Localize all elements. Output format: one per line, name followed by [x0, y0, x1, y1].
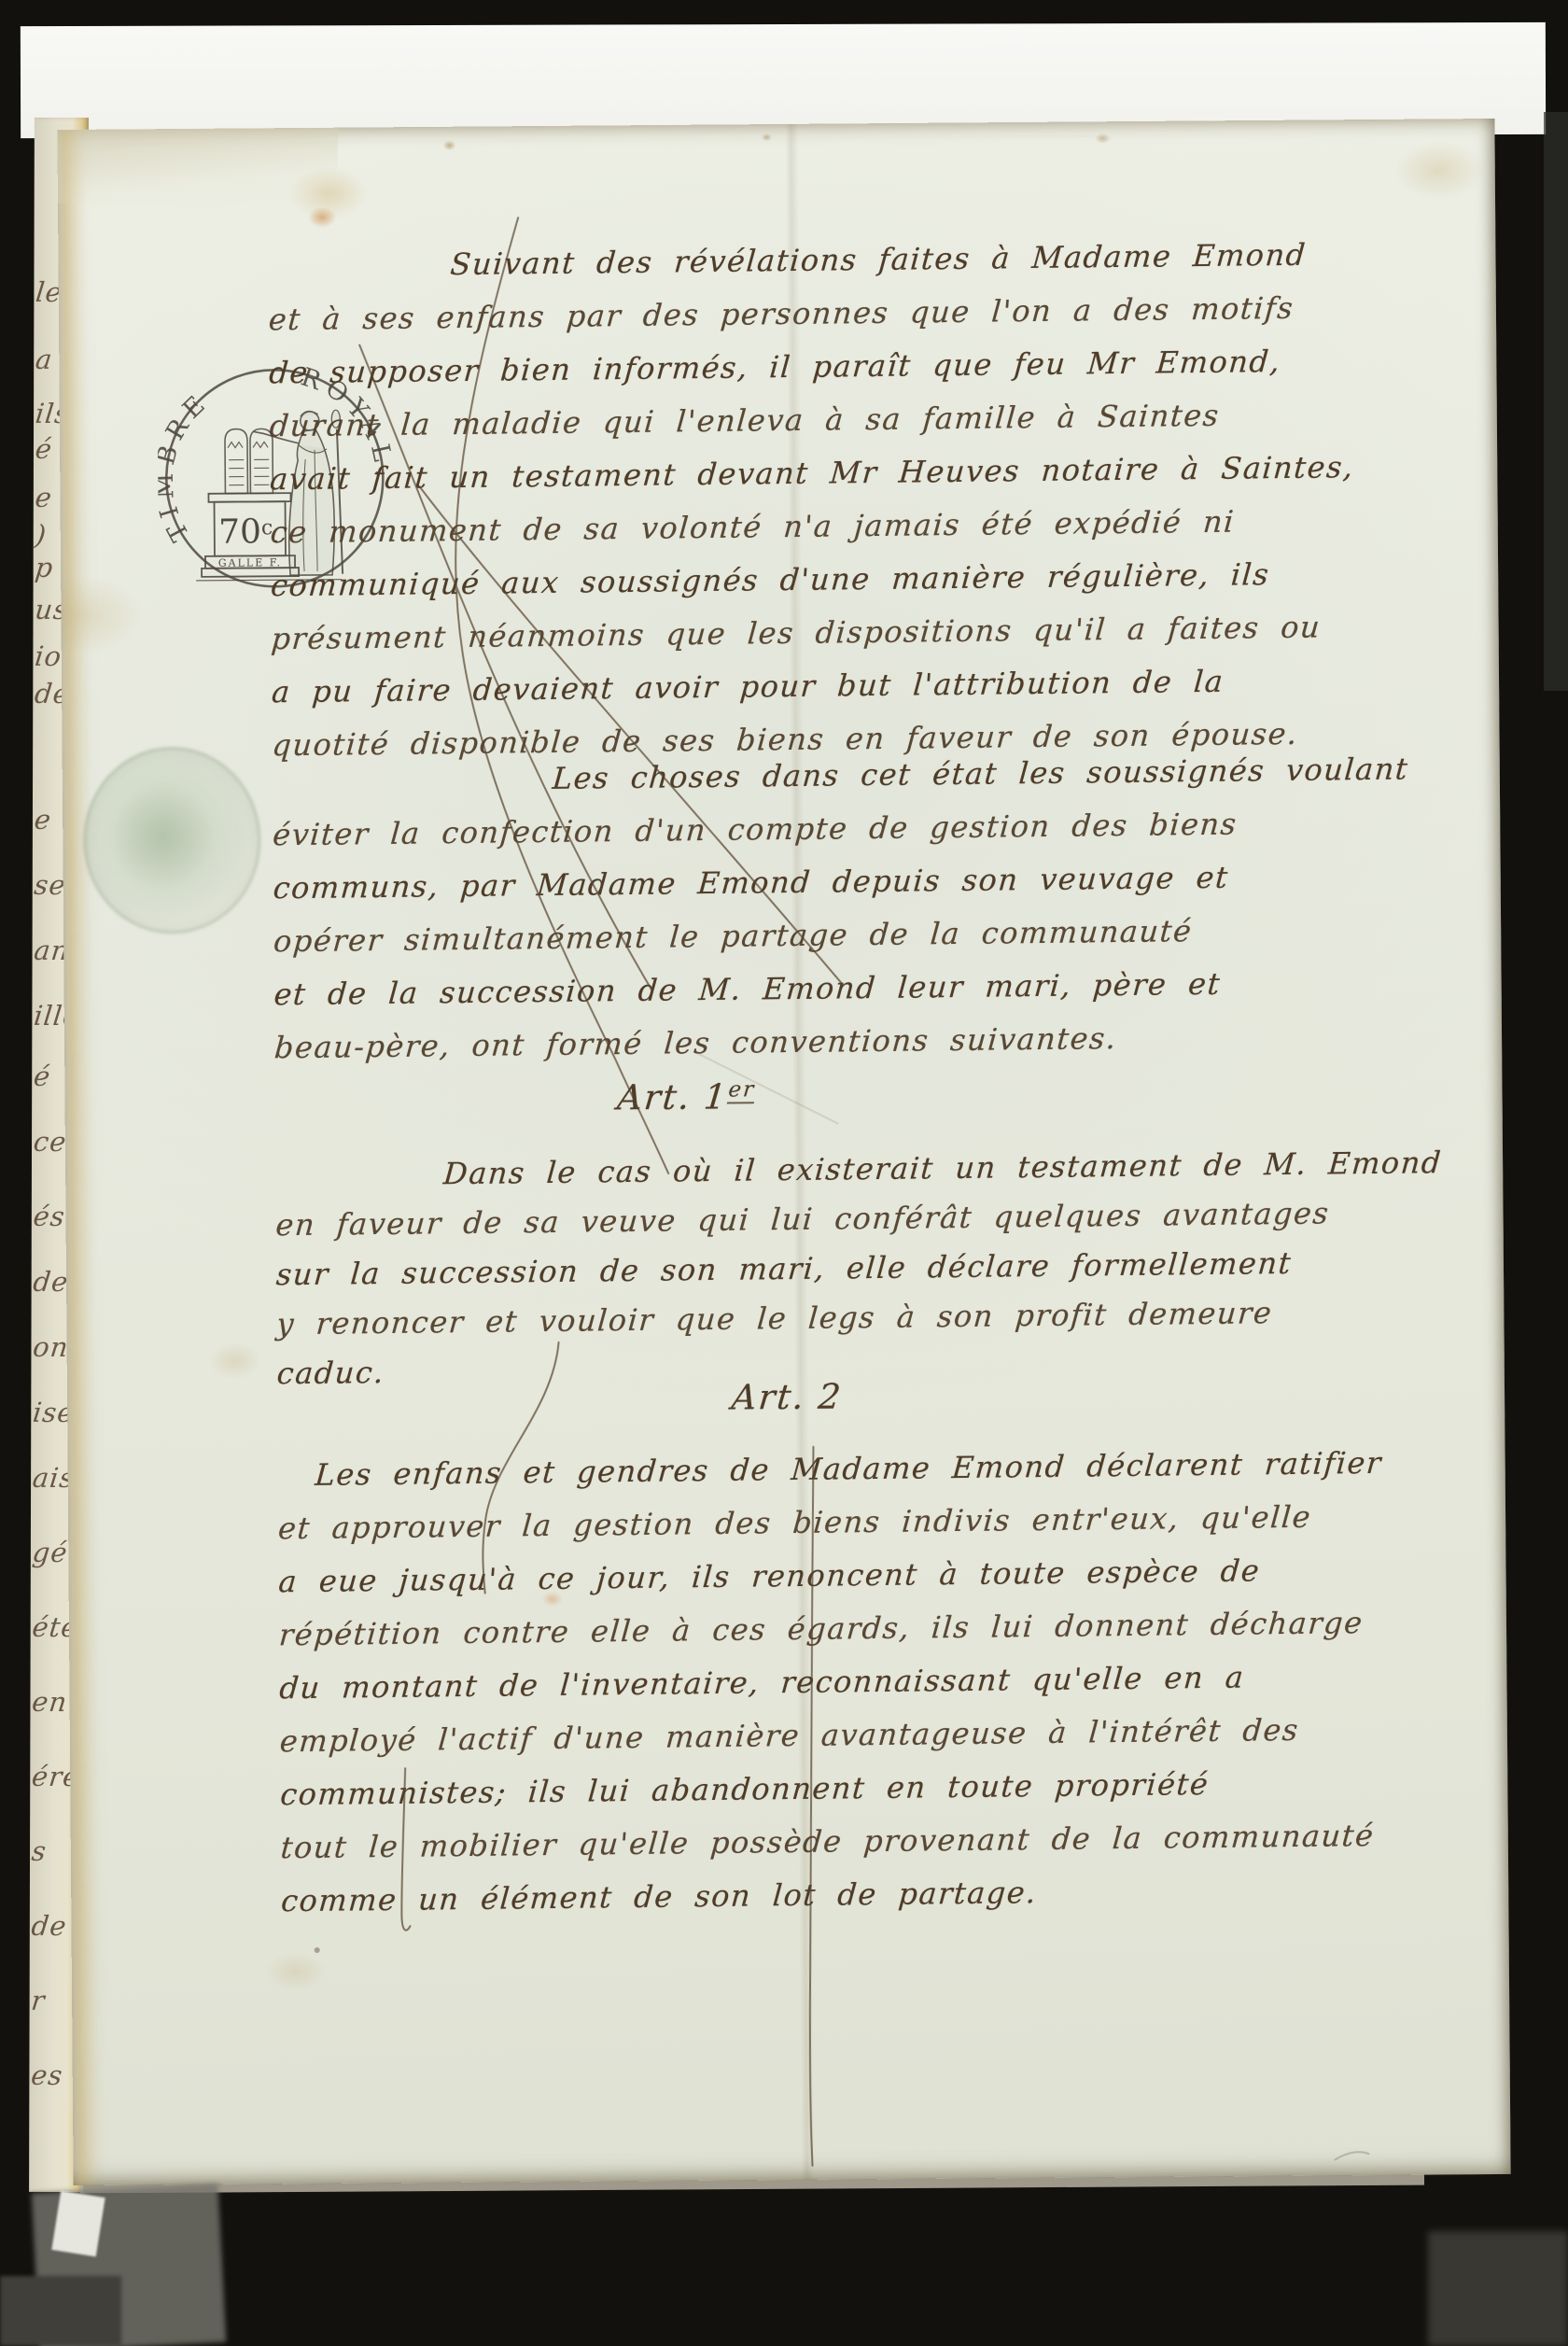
loose-scrap [51, 2191, 105, 2257]
scan-edge-shadow [1544, 112, 1568, 691]
cancellation-stroke [419, 484, 843, 990]
cancellation-stroke [359, 343, 651, 992]
cancellation-stroke [453, 217, 668, 1175]
faint-hatch-line [694, 1051, 838, 1125]
ink-dot [315, 1947, 320, 1953]
loose-scrap [0, 2276, 121, 2346]
cancellation-stroke [400, 1768, 410, 1931]
loose-scrap [1428, 2231, 1568, 2346]
cancellation-stroke [805, 1447, 819, 2166]
document-page: TIMBRE ROYAL. 70c. GALLE F. [57, 119, 1510, 2185]
ink-strokes-overlay [57, 119, 1510, 2185]
pencil-mark [1335, 2152, 1368, 2159]
cancellation-stroke [482, 1342, 561, 1594]
